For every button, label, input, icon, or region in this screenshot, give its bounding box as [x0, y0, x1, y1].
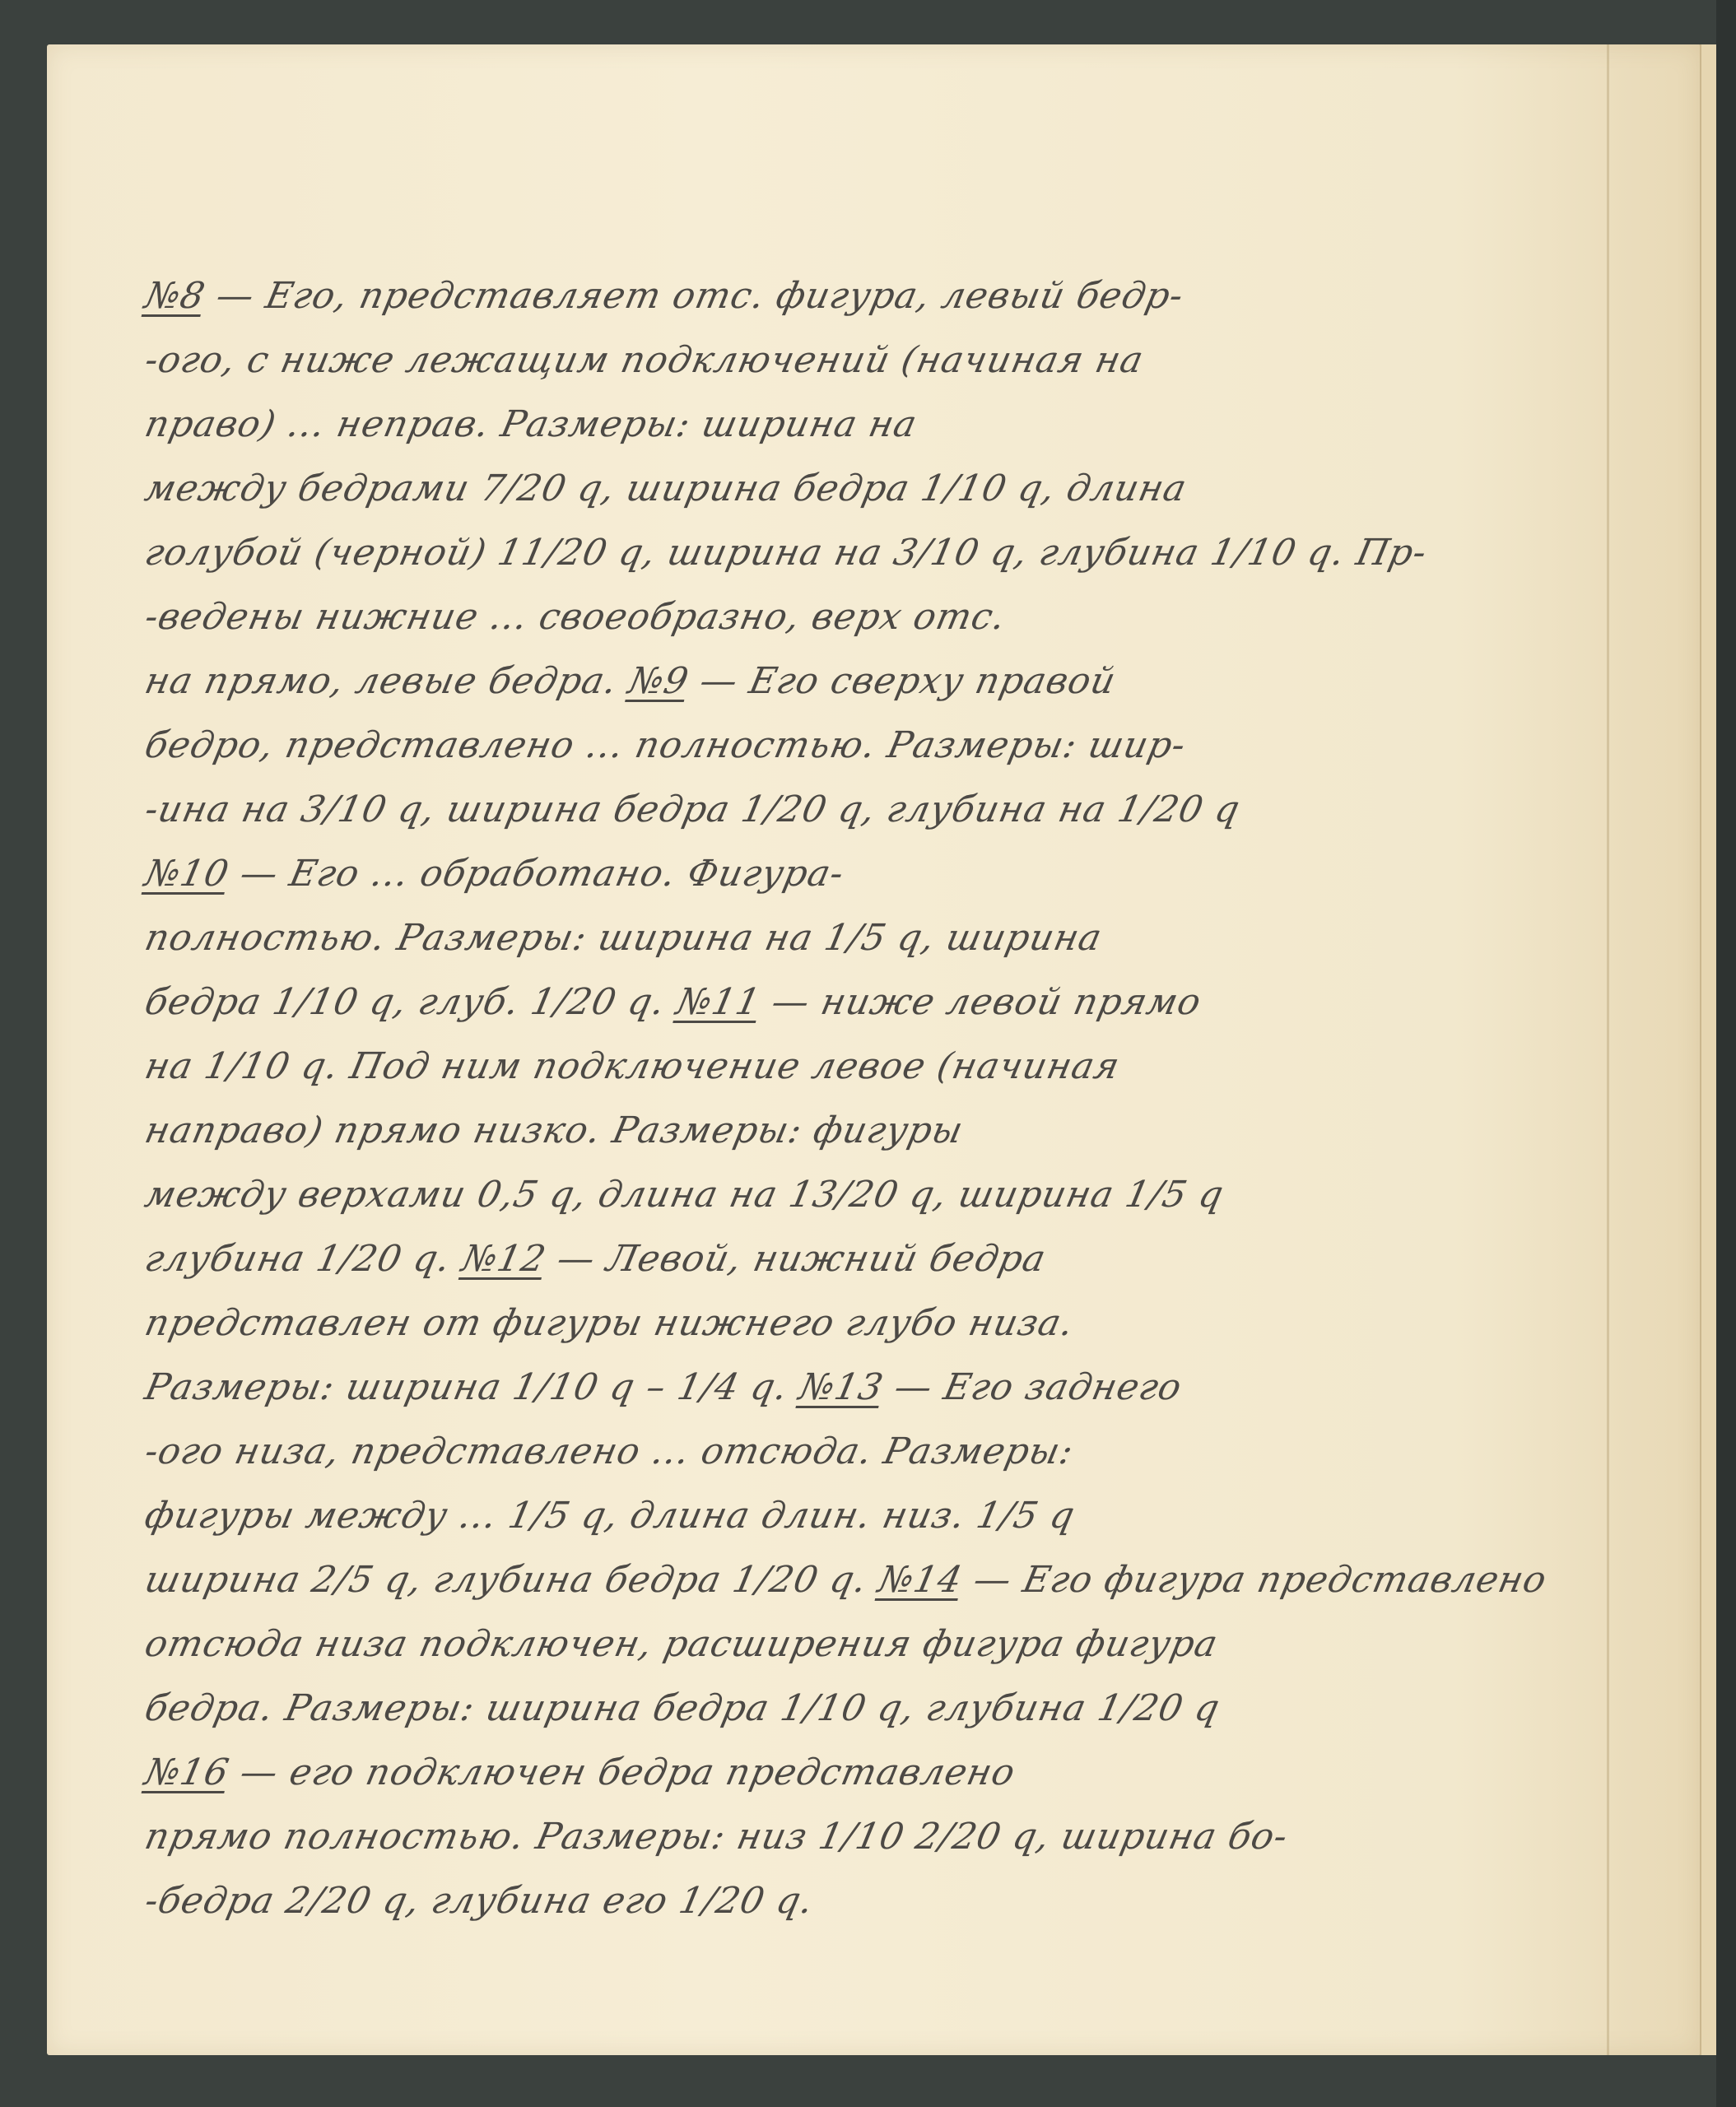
- entry-number: №11: [673, 981, 764, 1023]
- binding-edge: [1700, 44, 1718, 2055]
- entry-number: №12: [458, 1238, 550, 1280]
- entry-number: №16: [142, 1751, 233, 1793]
- background-strip: [1716, 0, 1736, 2107]
- entry-number: №13: [795, 1366, 887, 1408]
- text-line: на 1/10 q. Под ним подключение левое (на…: [142, 1045, 1124, 1087]
- text-line: -ого низа, представлено ... отсюда. Разм…: [142, 1430, 1077, 1472]
- text-line: между верхами 0,5 q, длина на 13/20 q, ш…: [142, 1174, 1228, 1216]
- text-line: -ина на 3/10 q, ширина бедра 1/20 q, глу…: [142, 788, 1245, 830]
- text-line: №16 — его подключен бедра представлено: [142, 1751, 1020, 1793]
- text-line: голубой (черной) 11/20 q, ширина на 3/10…: [142, 532, 1431, 574]
- text-line: глубина 1/20 q. №12 — Левой, нижний бедр…: [142, 1238, 1050, 1280]
- text-line: №10 — Его ... обработано. Фигура-: [142, 853, 849, 895]
- text-line: ширина 2/5 q, глубина бедра 1/20 q. №14 …: [142, 1559, 1551, 1601]
- page-fold: [1607, 44, 1609, 2055]
- text-line: на прямо, левые бедра. №9 — Его сверху п…: [142, 660, 1120, 702]
- entry-number: №14: [875, 1559, 966, 1601]
- manuscript-page: №8 — Его, представляет отс. фигура, левы…: [47, 44, 1701, 2055]
- text-line: фигуры между ... 1/5 q, длина длин. низ.…: [142, 1495, 1079, 1537]
- text-line: направо) прямо низко. Размеры: фигуры: [142, 1109, 967, 1151]
- text-line: прямо полностью. Размеры: низ 1/10 2/20 …: [142, 1816, 1292, 1858]
- text-line: -ведены нижние ... своеобразно, верх отс…: [142, 596, 1010, 638]
- text-line: -ого, с ниже лежащим подключений (начина…: [142, 339, 1147, 381]
- text-line: бедро, представлено ... полностью. Разме…: [142, 724, 1190, 766]
- text-line: между бедрами 7/20 q, ширина бедра 1/10 …: [142, 467, 1191, 509]
- text-line: Размеры: ширина 1/10 q – 1/4 q. №13 — Ег…: [142, 1366, 1186, 1408]
- entry-number: №8: [142, 275, 209, 317]
- entry-number: №9: [625, 660, 692, 702]
- text-line: -бедра 2/20 q, глубина его 1/20 q.: [142, 1880, 818, 1922]
- text-line: право) ... неправ. Размеры: ширина на: [142, 403, 921, 445]
- text-line: бедра. Размеры: ширина бедра 1/10 q, глу…: [142, 1687, 1224, 1729]
- text-line: бедра 1/10 q, глуб. 1/20 q. №11 — ниже л…: [142, 981, 1206, 1023]
- text-line: №8 — Его, представляет отс. фигура, левы…: [142, 275, 1188, 317]
- text-line: полностью. Размеры: ширина на 1/5 q, шир…: [142, 917, 1106, 959]
- text-line: представлен от фигуры нижнего глубо низа…: [142, 1302, 1078, 1344]
- entry-number: №10: [142, 853, 233, 895]
- text-line: отсюда низа подключен, расширения фигура…: [142, 1623, 1222, 1665]
